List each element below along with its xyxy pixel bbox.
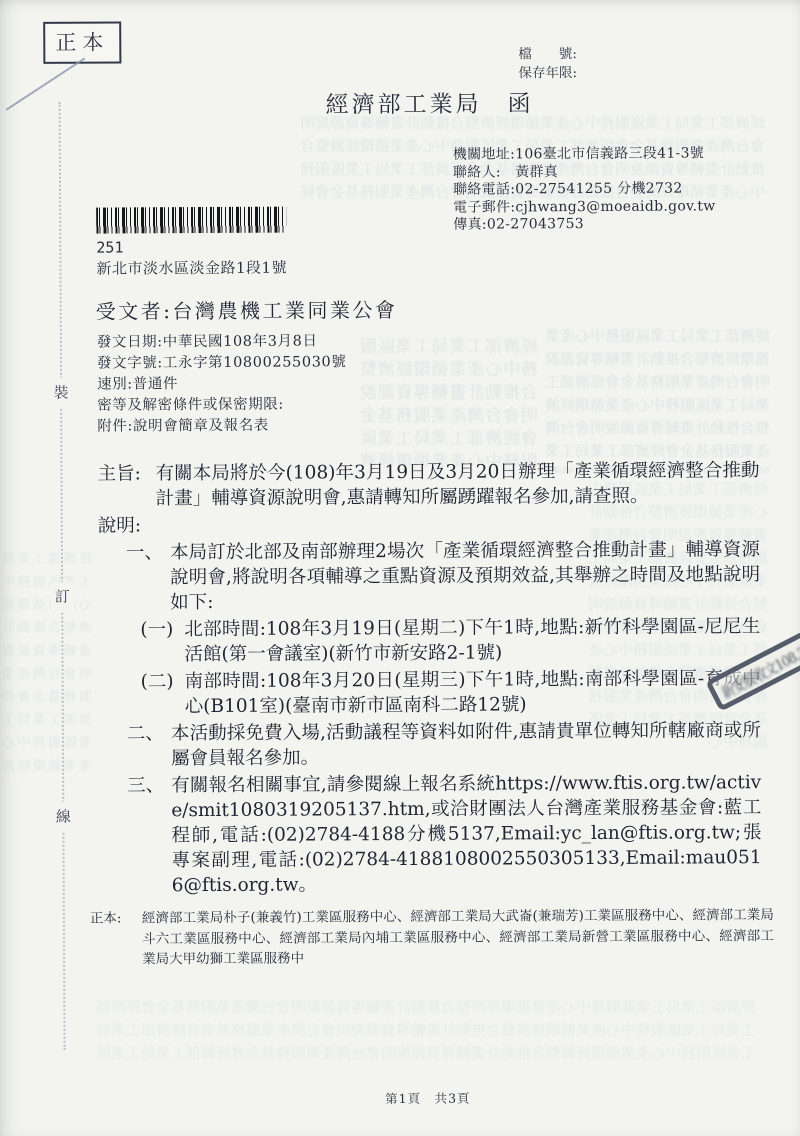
item-text: 本局訂於北部及南部辦理2場次「產業循環經濟整合推動計畫」輔導資源說明會,將說明各… <box>170 537 760 615</box>
binding-mark-xian: 線 <box>52 802 74 831</box>
item-text: 有關報名相關事宜,請參閱線上報名系統https://www.ftis.org.t… <box>171 770 762 898</box>
file-number-block: 檔 號: 保存年限: <box>518 45 577 83</box>
item-text: 本活動採免費入場,活動議程等資料如附件,惠請貴單位轉知所轄廠商或所屬會員報名參加… <box>171 718 761 771</box>
sender-contact-block: 機關地址:106臺北市信義路三段41-3號 聯絡人: 黃群真 聯絡電話:02-2… <box>453 145 716 234</box>
item-label: 二、 <box>127 721 171 771</box>
cc-block: 正本: 經濟部工業局朴子(兼義竹)工業區服務中心、經濟部工業局大武崙(兼瑞芳)工… <box>90 905 774 970</box>
secrecy-class: 密等及解密條件或保密期限: <box>97 394 347 416</box>
subitem-label: (一) <box>140 617 184 667</box>
subitem-label: (二) <box>141 669 185 719</box>
issue-number: 發文字號:工永字第10800255030號 <box>97 352 347 374</box>
file-number-label: 檔 號: <box>518 45 577 64</box>
explanation-subitem-1: (一) 北部時間:108年3月19日(星期二)下午1時,地點:新竹科學園區-尼尼… <box>140 614 760 667</box>
subitem-text: 南部時間:108年3月20日(星期三)下午1時,地點:南部科學園區-育成中心(B… <box>185 666 761 719</box>
subject-label: 主旨: <box>97 461 155 511</box>
page-number-footer: 第1頁 共3頁 <box>3 1087 800 1109</box>
recipient-line: 受文者:台灣農機工業同業公會 <box>96 294 398 325</box>
subject-text: 有關本局將於今(108)年3月19日及3月20日辦理「產業循環經濟整合推動計畫」… <box>155 458 759 511</box>
document-meta-block: 發文日期:中華民國108年3月8日 發文字號:工永字第10800255030號 … <box>97 331 347 437</box>
explanation-item-1: 一、 本局訂於北部及南部辦理2場次「產業循環經濟整合推動計畫」輔導資源說明會,將… <box>126 537 760 615</box>
cc-text: 經濟部工業局朴子(兼義竹)工業區服務中心、經濟部工業局大武崙(兼瑞芳)工業區服務… <box>142 905 774 970</box>
sender-address: 機關地址:106臺北市信義路三段41-3號 <box>453 145 716 164</box>
recipient-address: 新北市淡水區淡金路1段1號 <box>96 257 287 279</box>
sender-phone: 聯絡電話:02-27541255 分機2732 <box>453 180 716 199</box>
binding-dotted-line <box>59 102 66 1050</box>
item-label: 三、 <box>127 773 172 898</box>
document-title: 經濟部工業局 函 <box>0 84 798 121</box>
sender-email: 電子郵件:cjhwang3@moeaidb.gov.tw <box>453 198 716 217</box>
cc-label: 正本: <box>90 908 142 970</box>
scanned-letter-page: 經濟部工業局工業區服務中心產業循環經濟整合推動計畫輔導資源說明會台灣產業服務基金… <box>0 0 800 1136</box>
explanation-item-2: 二、 本活動採免費入場,活動議程等資料如附件,惠請貴單位轉知所轄廠商或所屬會員報… <box>127 718 761 771</box>
sender-fax: 傳真:02-27043753 <box>453 215 716 234</box>
explanation-label: 說明: <box>98 510 760 538</box>
subitem-text: 北部時間:108年3月19日(星期二)下午1時,地點:新竹科學園區-尼尼生活館(… <box>184 614 760 667</box>
attachment-note: 附件:說明會簡章及報名表 <box>97 415 347 437</box>
binding-mark-ding: 訂 <box>51 582 73 611</box>
explanation-subitem-2: (二) 南部時間:108年3月20日(星期三)下午1時,地點:南部科學園區-育成… <box>141 666 761 719</box>
subject-paragraph: 主旨: 有關本局將於今(108)年3月19日及3月20日辦理「產業循環經濟整合推… <box>97 458 759 511</box>
binding-mark-zhuang: 裝 <box>50 378 72 407</box>
mailing-barcode <box>96 207 286 234</box>
sender-contact-person: 聯絡人: 黃群真 <box>453 163 716 182</box>
recipient-zip: 251 <box>96 238 123 256</box>
retention-period-label: 保存年限: <box>518 64 577 83</box>
item-label: 一、 <box>126 540 170 615</box>
letter-body: 主旨: 有關本局將於今(108)年3月19日及3月20日辦理「產業循環經濟整合推… <box>97 458 762 970</box>
speed-class: 速別:普通件 <box>97 373 347 395</box>
explanation-item-3: 三、 有關報名相關事宜,請參閱線上報名系統https://www.ftis.or… <box>127 770 762 898</box>
issue-date: 發文日期:中華民國108年3月8日 <box>97 331 347 353</box>
